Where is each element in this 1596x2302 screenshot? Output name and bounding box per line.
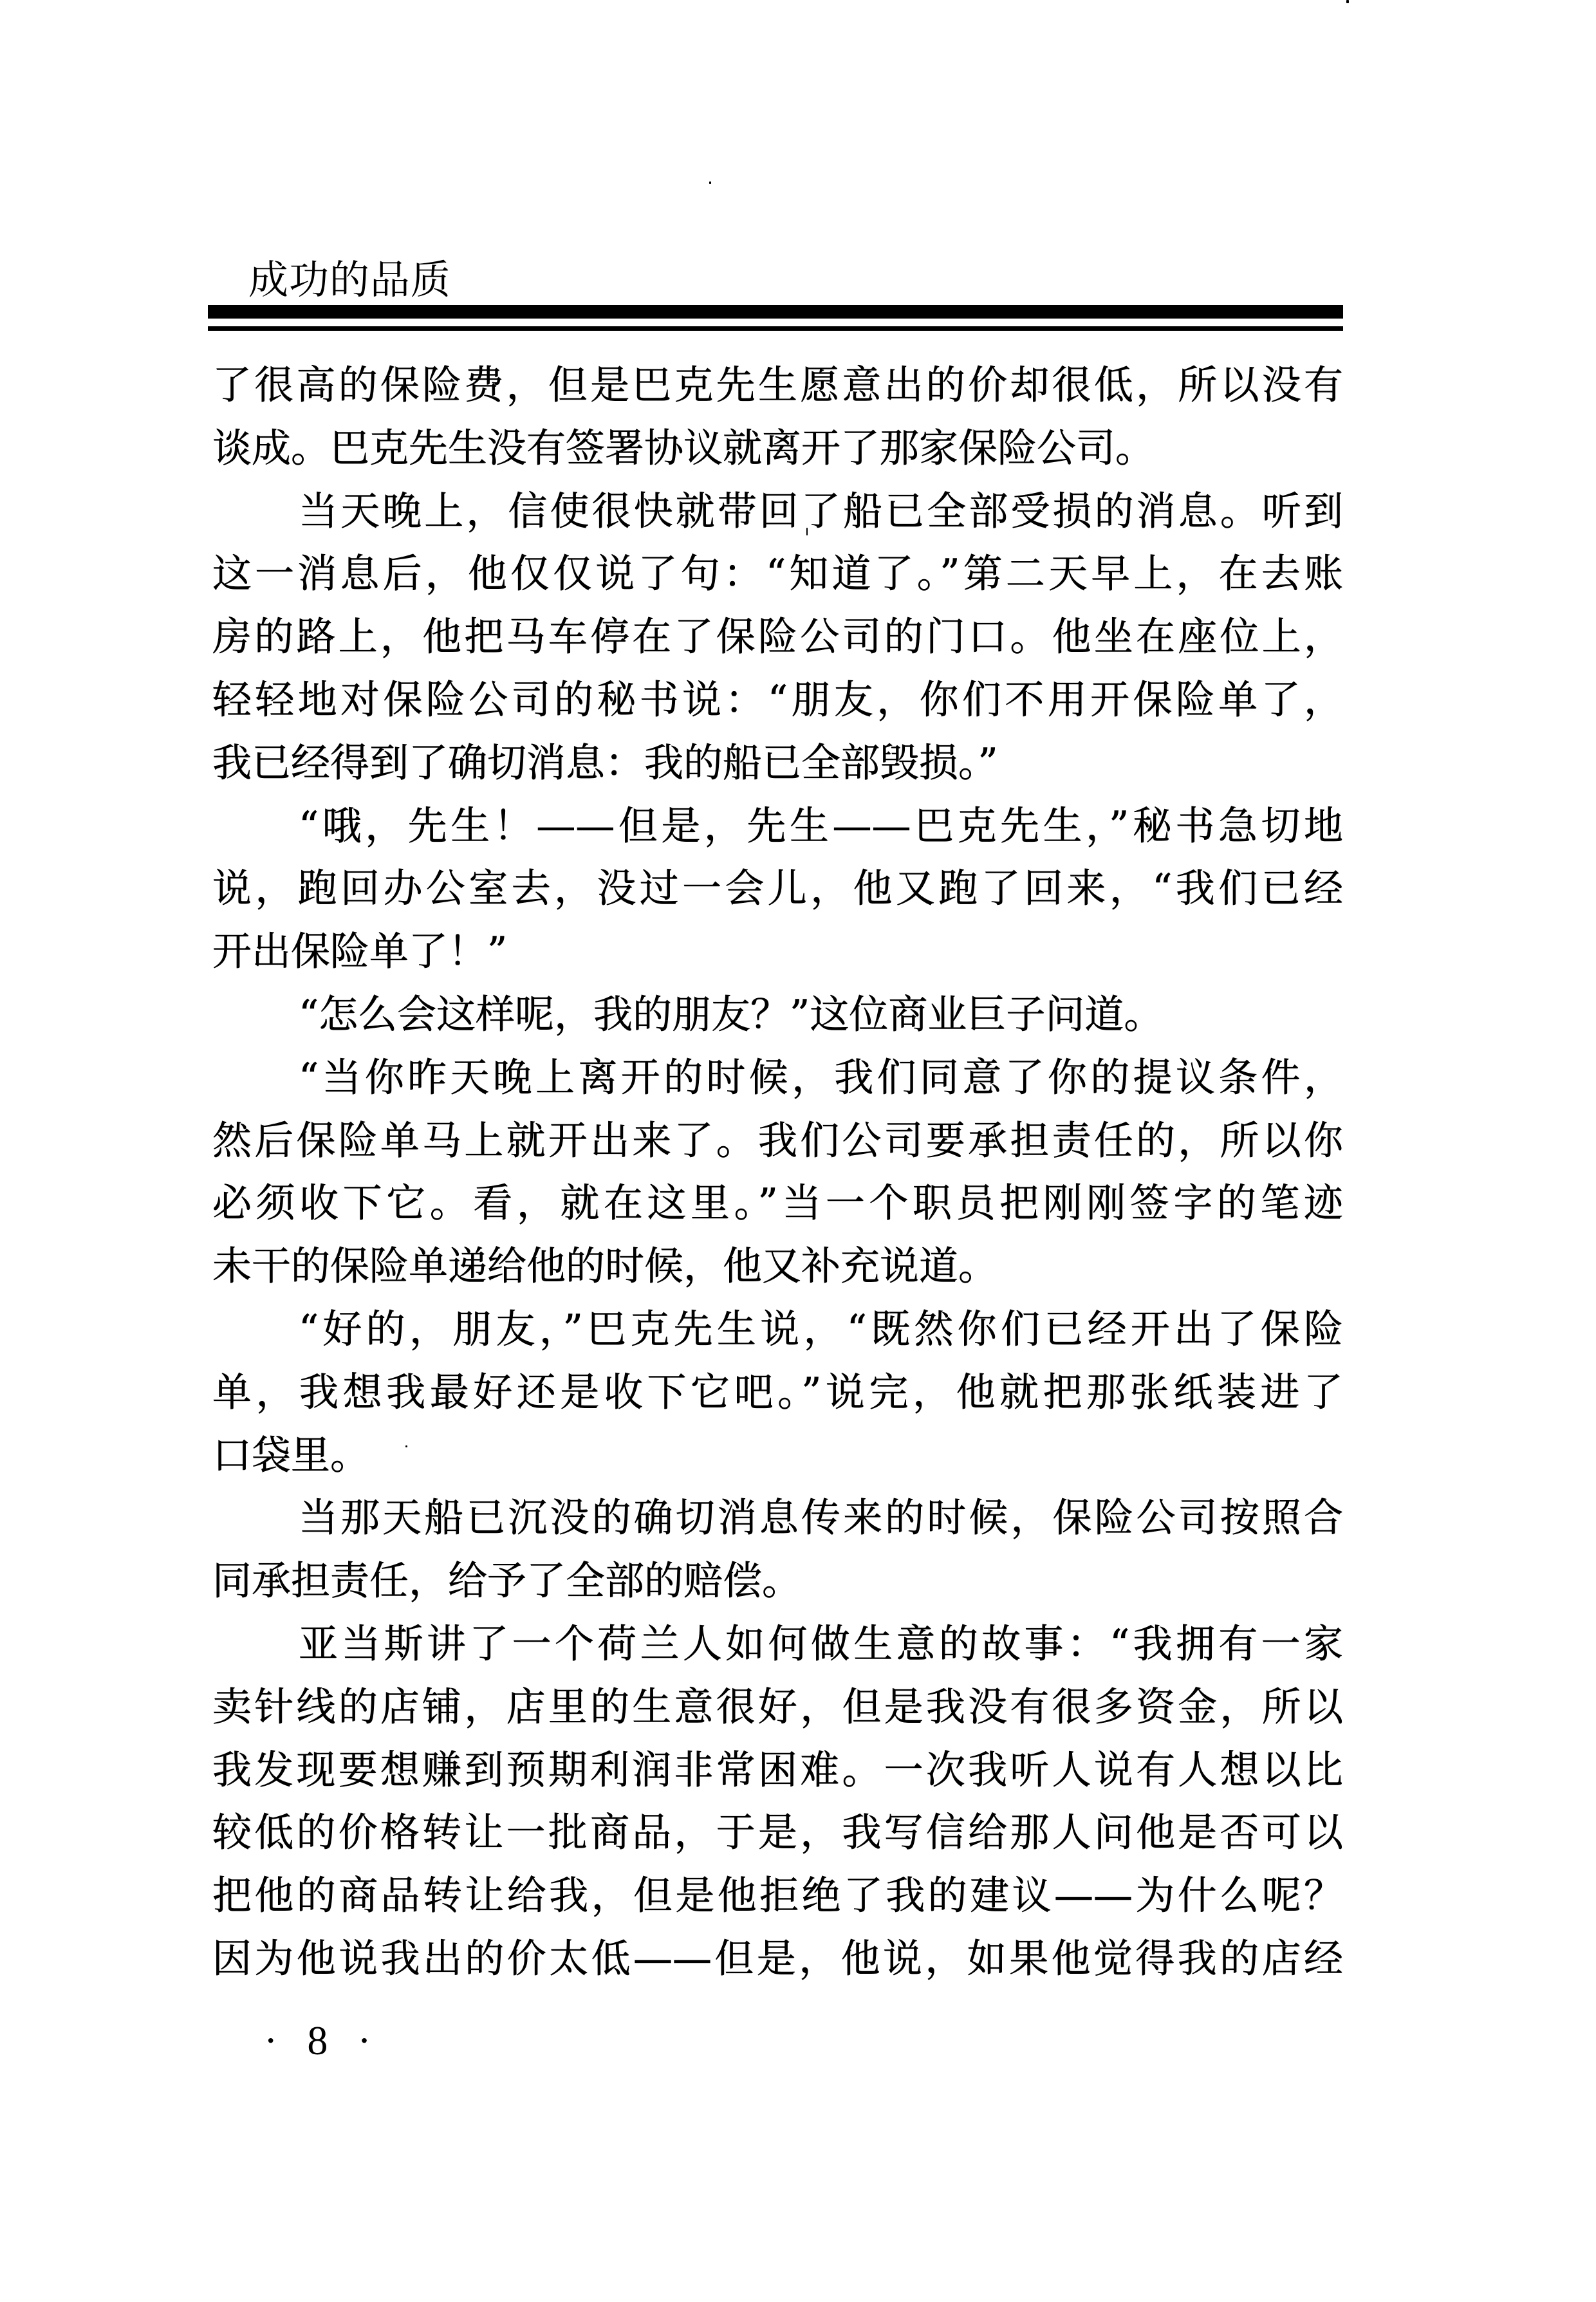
- text-line: 这一消息后，他仅仅说了句：“知道了。”第二天早上，在去账: [212, 543, 1343, 606]
- paragraph: “好的，朋友，”巴克先生说，“既然你们已经开出了保险 单，我想我最好还是收下它吧…: [212, 1298, 1343, 1487]
- paragraph: 当天晚上，信使很快就带回了船已全部受损的消息。听到 这一消息后，他仅仅说了句：“…: [212, 480, 1343, 795]
- paragraph: “当你昨天晚上离开的时候，我们同意了你的提议条件， 然后保险单马上就开出来了。我…: [212, 1046, 1343, 1298]
- header-rule-thick: [208, 305, 1343, 319]
- text-line: “怎么会这样呢，我的朋友？”这位商业巨子问道。: [212, 983, 1343, 1046]
- text-line: 开出保险单了！”: [212, 920, 1343, 983]
- body-text: 了很高的保险费，但是巴克先生愿意出的价却很低，所以没有 谈成。巴克先生没有签署协…: [212, 354, 1343, 1991]
- text-line: 轻轻地对保险公司的秘书说：“朋友，你们不用开保险单了，: [212, 669, 1343, 732]
- scan-speck: [709, 181, 711, 184]
- text-line: “当你昨天晚上离开的时候，我们同意了你的提议条件，: [212, 1046, 1343, 1109]
- text-line: 亚当斯讲了一个荷兰人如何做生意的故事：“我拥有一家: [212, 1613, 1343, 1676]
- text-line: 谈成。巴克先生没有签署协议就离开了那家保险公司。: [212, 417, 1343, 480]
- text-line: 口袋里。: [212, 1424, 1343, 1487]
- running-head-title: 成功的品质: [248, 260, 451, 300]
- text-line: 当天晚上，信使很快就带回了船已全部受损的消息。听到: [212, 480, 1343, 543]
- book-page: 成功的品质 了很高的保险费，但是巴克先生愿意出的价却很低，所以没有 谈成。巴克先…: [0, 0, 1596, 2302]
- text-line: “好的，朋友，”巴克先生说，“既然你们已经开出了保险: [212, 1298, 1343, 1361]
- scan-speck: [806, 528, 808, 535]
- text-line: 单，我想我最好还是收下它吧。”说完，他就把那张纸装进了: [212, 1361, 1343, 1424]
- text-line: 未干的保险单递给他的时候，他又补充说道。: [212, 1235, 1343, 1298]
- text-line: 卖针线的店铺，店里的生意很好，但是我没有很多资金，所以: [212, 1676, 1343, 1739]
- text-line: 房的路上，他把马车停在了保险公司的门口。他坐在座位上，: [212, 606, 1343, 669]
- paragraph: 亚当斯讲了一个荷兰人如何做生意的故事：“我拥有一家 卖针线的店铺，店里的生意很好…: [212, 1613, 1343, 1991]
- paragraph: 了很高的保险费，但是巴克先生愿意出的价却很低，所以没有 谈成。巴克先生没有签署协…: [212, 354, 1343, 480]
- header-rule-thin: [208, 326, 1343, 331]
- paragraph: “怎么会这样呢，我的朋友？”这位商业巨子问道。: [212, 983, 1343, 1046]
- text-line: “哦，先生！——但是，先生——巴克先生，”秘书急切地: [212, 795, 1343, 858]
- text-line: 把他的商品转让给我，但是他拒绝了我的建议——为什么呢？: [212, 1864, 1343, 1927]
- text-line: 说，跑回办公室去，没过一会儿，他又跑了回来，“我们已经: [212, 857, 1343, 920]
- text-line: 因为他说我出的价太低——但是，他说，如果他觉得我的店经: [212, 1927, 1343, 1991]
- scan-speck: [405, 1445, 407, 1447]
- text-line: 必须收下它。看，就在这里。”当一个职员把刚刚签字的笔迹: [212, 1172, 1343, 1235]
- text-line: 了很高的保险费，但是巴克先生愿意出的价却很低，所以没有: [212, 354, 1343, 417]
- scan-speck: [1346, 0, 1349, 3]
- paragraph: “哦，先生！——但是，先生——巴克先生，”秘书急切地 说，跑回办公室去，没过一会…: [212, 795, 1343, 983]
- text-line: 较低的价格转让一批商品，于是，我写信给那人问他是否可以: [212, 1801, 1343, 1864]
- text-line: 我已经得到了确切消息：我的船已全部毁损。”: [212, 732, 1343, 795]
- text-line: 同承担责任，给予了全部的赔偿。: [212, 1550, 1343, 1613]
- text-line: 我发现要想赚到预期利润非常困难。一次我听人说有人想以比: [212, 1739, 1343, 1802]
- text-line: 然后保险单马上就开出来了。我们公司要承担责任的，所以你: [212, 1109, 1343, 1173]
- page-number: · 8 ·: [264, 2020, 371, 2061]
- text-line: 当那天船已沉没的确切消息传来的时候，保险公司按照合: [212, 1487, 1343, 1550]
- paragraph: 当那天船已沉没的确切消息传来的时候，保险公司按照合 同承担责任，给予了全部的赔偿…: [212, 1487, 1343, 1613]
